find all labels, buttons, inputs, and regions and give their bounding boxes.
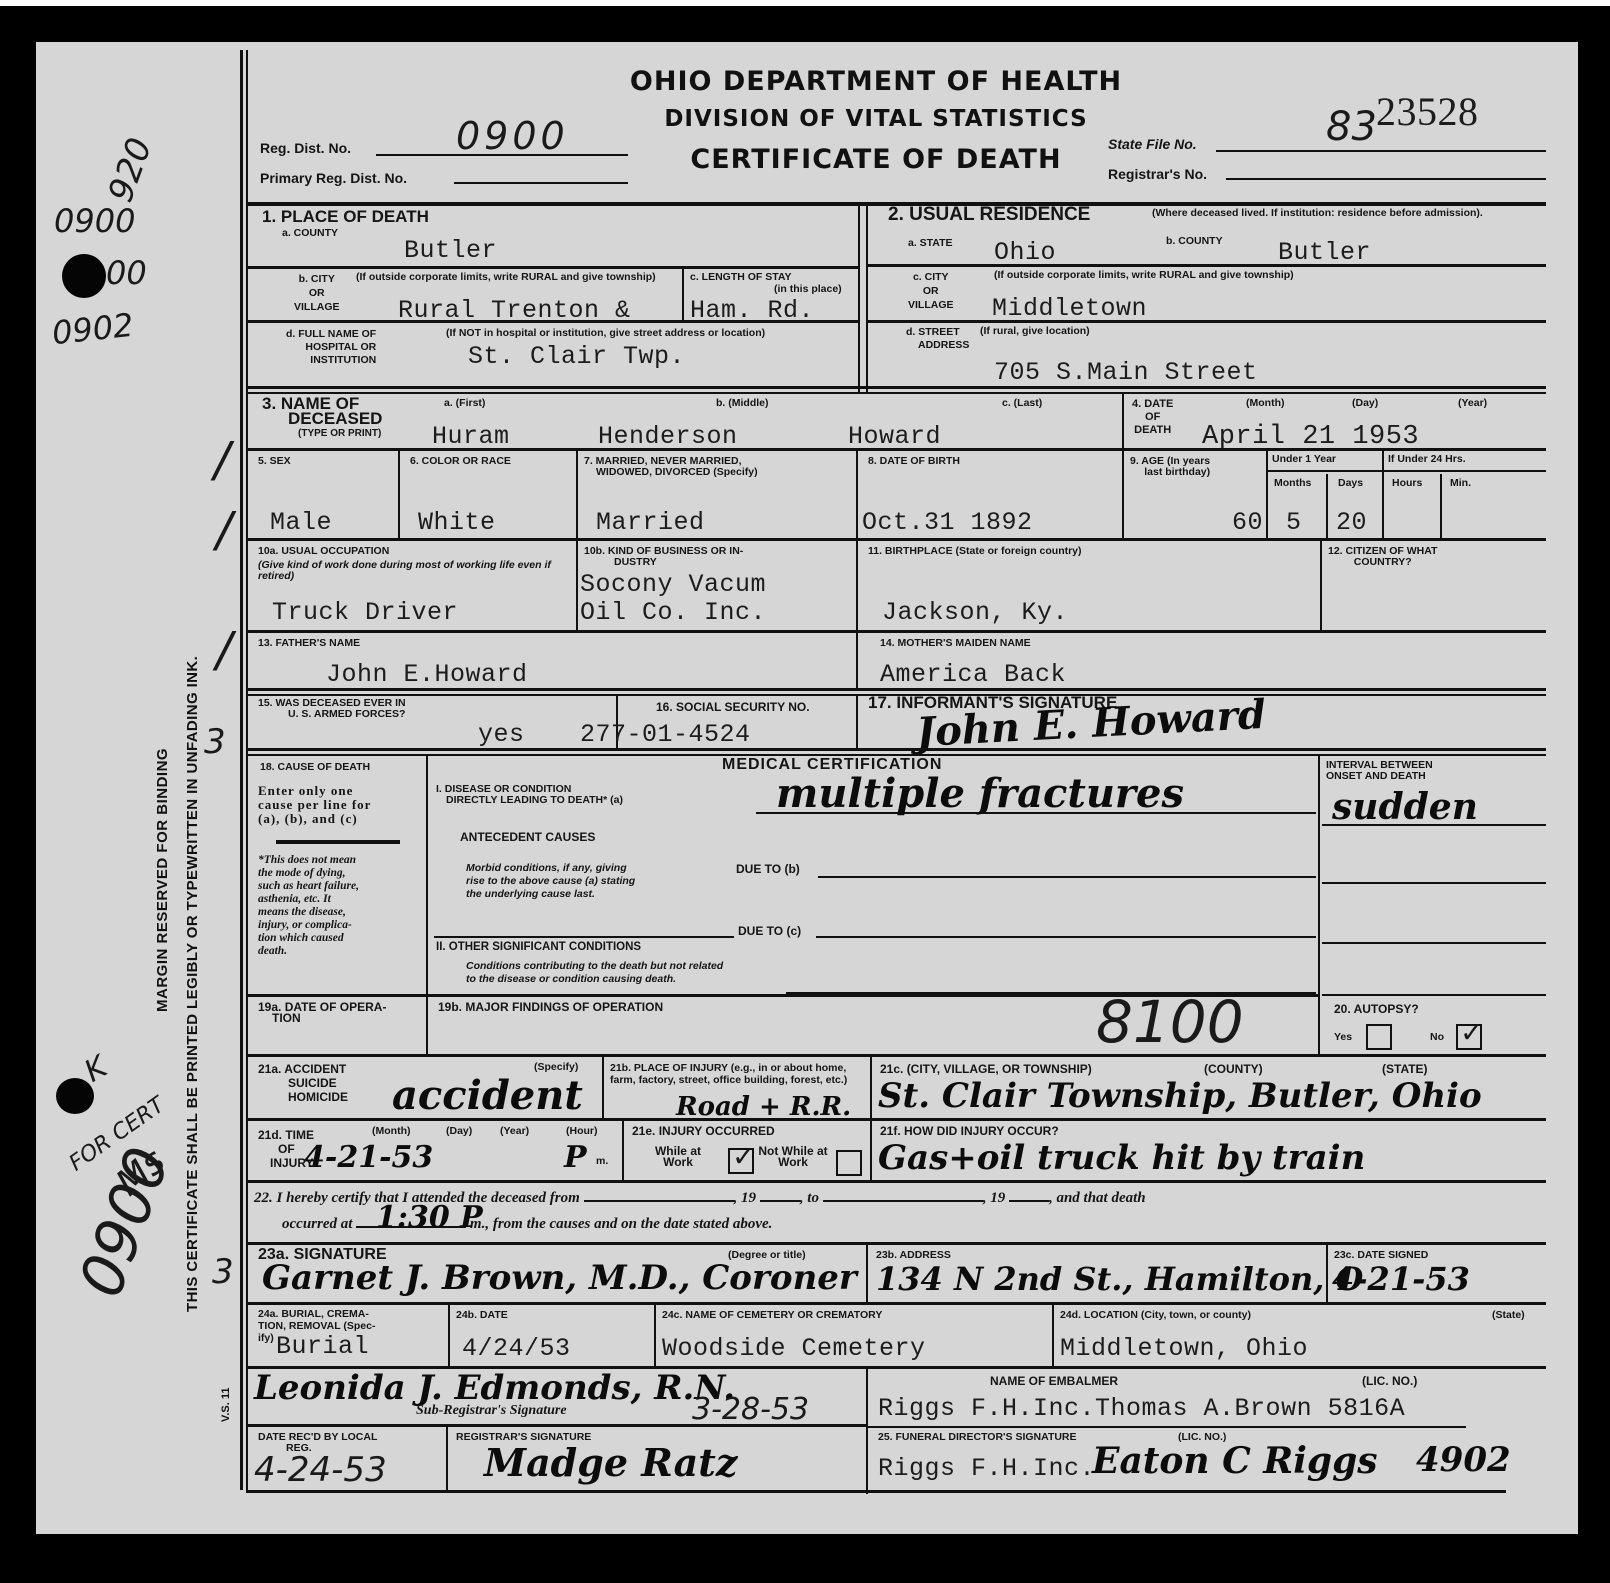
col-divider — [398, 448, 400, 538]
instruction-rule — [276, 840, 400, 844]
res-state-value: Ohio — [994, 238, 1056, 267]
citizen-label: 12. CITIZEN OF WHAT COUNTRY? — [1328, 546, 1437, 568]
usual-residence-hint: (Where deceased lived. If institution: r… — [1152, 208, 1492, 219]
not-at-work-checkbox[interactable] — [836, 1150, 862, 1176]
col-divider — [856, 694, 858, 748]
under-24-label: If Under 24 Hrs. — [1388, 454, 1466, 465]
cause-b-line — [818, 876, 1316, 878]
subregistrar-signature: Leonida J. Edmonds, R.N. — [254, 1368, 735, 1408]
dob-label: 8. DATE OF BIRTH — [868, 456, 960, 467]
col-divider — [1320, 538, 1322, 630]
margin-column: 920 0900 00 0902 MARGIN RESERVED FOR BIN… — [36, 42, 241, 1534]
res-state-label: a. STATE — [908, 238, 953, 249]
injury-county-label: (COUNTY) — [1204, 1064, 1263, 1075]
injury-hour-suffix: m. — [596, 1156, 608, 1167]
place-of-injury-label: 21b. PLACE OF INJURY (e.g., in or about … — [610, 1062, 864, 1086]
section-divider — [246, 1054, 1546, 1057]
pod-city-label: b. CITY OR VILLAGE — [294, 272, 340, 314]
accident-type-label: 21a. ACCIDENT SUICIDE HOMICIDE — [258, 1062, 348, 1104]
pod-county-value: Butler — [404, 236, 497, 265]
due-to-c-label: DUE TO (c) — [738, 926, 801, 937]
col-divider — [1382, 448, 1384, 538]
row-divider — [246, 688, 1546, 691]
injury-state-label: (STATE) — [1382, 1064, 1428, 1075]
certificate-title: CERTIFICATE OF DEATH — [596, 144, 1156, 175]
col-divider — [1318, 754, 1320, 1054]
armed-forces-value: yes — [478, 720, 525, 749]
dod-day-label: (Day) — [1352, 398, 1378, 409]
state-file-label: State File No. — [1108, 138, 1197, 151]
last-name-value: Howard — [848, 422, 941, 451]
res-street-hint: (If rural, give location) — [980, 326, 1090, 337]
occurred-time-value: 1:30 P — [376, 1200, 483, 1235]
tally-mark: 3 — [204, 722, 226, 762]
dod-month-label: (Month) — [1246, 398, 1284, 409]
race-label: 6. COLOR OR RACE — [410, 456, 511, 467]
res-street-label: d. STREET ADDRESS — [906, 326, 969, 352]
col-divider — [866, 1242, 868, 1302]
cemetery-label: 24c. NAME OF CEMETERY OR CREMATORY — [662, 1310, 882, 1321]
col-divider — [1122, 448, 1124, 538]
tally-mark: 3 — [212, 1252, 234, 1292]
age-label: 9. AGE (In years last birthday) — [1130, 456, 1210, 478]
col-divider — [654, 1302, 656, 1366]
margin-note-920: 920 — [101, 133, 161, 208]
due-to-c-leadline — [434, 936, 734, 938]
embalmer-lic-label: (LIC. NO.) — [1362, 1376, 1417, 1387]
pod-hospital-label: d. FULL NAME OF HOSPITAL OR INSTITUTION — [286, 328, 376, 367]
death-certificate: 920 0900 00 0902 MARGIN RESERVED FOR BIN… — [36, 42, 1578, 1534]
physician-signature: Garnet J. Brown, M.D., Coroner — [262, 1258, 857, 1298]
section-divider — [246, 1180, 1546, 1183]
dod-year-label: (Year) — [1458, 398, 1487, 409]
col-divider — [856, 448, 858, 690]
interval-value: sudden — [1332, 786, 1478, 828]
col-divider — [448, 1302, 450, 1366]
row-divider — [246, 448, 1546, 451]
col-divider — [426, 754, 428, 1054]
res-city-label: c. CITY OR VILLAGE — [908, 270, 954, 312]
col-divider — [1266, 448, 1268, 538]
pod-stay-label: c. LENGTH OF STAY — [690, 272, 792, 283]
usual-residence-label: 2. USUAL RESIDENCE — [888, 208, 1090, 221]
pod-hospital-value: St. Clair Twp. — [468, 342, 685, 371]
res-county-label: b. COUNTY — [1166, 236, 1223, 247]
col-divider — [1440, 474, 1442, 538]
primary-reg-dist-line — [454, 182, 628, 184]
pod-county-label: a. COUNTY — [282, 228, 338, 239]
injury-hour-label: (Hour) — [566, 1126, 598, 1137]
tally-mark: / — [214, 432, 230, 488]
occupation-hint: (Give kind of work done during most of w… — [258, 560, 570, 582]
col-divider — [1052, 1302, 1054, 1366]
deceased-name-label: 3. NAME OF DECEASED (TYPE OR PRINT) — [262, 396, 382, 441]
cause-c-line — [816, 936, 1316, 938]
row-divider — [866, 1426, 1466, 1428]
morbid-note: Morbid conditions, if any, giving rise t… — [466, 862, 635, 901]
funeral-typed-value: Riggs F.H.Inc. — [878, 1454, 1095, 1483]
subregistrar-label: Sub-Registrar's Signature — [416, 1404, 567, 1417]
marital-label: 7. MARRIED, NEVER MARRIED, WIDOWED, DIVO… — [584, 456, 758, 478]
mother-value: America Back — [880, 660, 1066, 689]
row-divider — [246, 1118, 1546, 1121]
autopsy-no-label: No — [1430, 1032, 1444, 1043]
op-date-label: 19a. DATE OF OPERA- TION — [258, 1002, 386, 1024]
sex-value: Male — [270, 508, 332, 537]
at-work-label: While at Work — [648, 1146, 708, 1168]
burial-type-value: Burial — [276, 1332, 369, 1361]
accident-type-value: accident — [392, 1072, 583, 1119]
days-label: Days — [1338, 478, 1363, 489]
birthplace-label: 11. BIRTHPLACE (State or foreign country… — [868, 546, 1082, 557]
funeral-lic-value: 4902 — [1416, 1440, 1511, 1480]
embalmer-value: Riggs F.H.Inc.Thomas A.Brown 5816A — [878, 1394, 1405, 1423]
occurred-at-text: occurred at m., from the causes and on t… — [282, 1218, 772, 1231]
binding-margin-text: MARGIN RESERVED FOR BINDING — [154, 748, 171, 1012]
father-value: John E.Howard — [326, 660, 528, 689]
interval-line — [1322, 882, 1546, 884]
months-value: 5 — [1286, 508, 1302, 537]
interval-label: INTERVAL BETWEEN ONSET AND DEATH — [1326, 760, 1433, 782]
registrar-no-line — [1226, 178, 1546, 180]
part2-note: Conditions contributing to the death but… — [466, 960, 723, 986]
cause-instructions: Enter only one cause per line for (a), (… — [258, 784, 371, 826]
business-value-line1: Socony Vacum — [580, 570, 766, 599]
burial-location-value: Middletown, Ohio — [1060, 1334, 1308, 1363]
interval-line — [1322, 994, 1546, 996]
reg-dist-value: 0900 — [456, 114, 569, 158]
date-recd-value: 4-24-53 — [254, 1450, 387, 1490]
min-label: Min. — [1450, 478, 1471, 489]
registrar-no-label: Registrar's No. — [1108, 168, 1207, 181]
row-divider — [246, 630, 1546, 633]
occupation-value: Truck Driver — [272, 598, 458, 627]
middle-name-label: b. (Middle) — [716, 398, 769, 409]
autopsy-yes-checkbox[interactable] — [1366, 1024, 1392, 1050]
col-divider — [866, 206, 868, 392]
state-file-handwritten: 83 — [1326, 104, 1377, 150]
row-divider — [246, 266, 858, 269]
marital-value: Married — [596, 508, 705, 537]
injury-year-label: (Year) — [500, 1126, 529, 1137]
birthplace-value: Jackson, Ky. — [882, 598, 1068, 627]
antecedent-label: ANTECEDENT CAUSES — [460, 832, 595, 843]
res-city-value: Middletown — [992, 294, 1147, 323]
section-divider — [246, 386, 1546, 389]
interval-line — [1322, 942, 1546, 944]
sex-label: 5. SEX — [258, 456, 291, 467]
col-divider — [1122, 392, 1124, 448]
pod-city-hint: (If outside corporate limits, write RURA… — [356, 272, 676, 283]
burial-state-label: (State) — [1492, 1310, 1525, 1321]
col-divider — [576, 448, 578, 538]
row-divider — [1268, 470, 1546, 472]
res-city-hint: (If outside corporate limits, write RURA… — [994, 270, 1294, 281]
injury-date-value: 4-21-53 — [304, 1140, 433, 1175]
col-divider — [602, 1054, 604, 1118]
col-divider — [866, 1366, 868, 1494]
injury-day-label: (Day) — [446, 1126, 472, 1137]
burial-date-value: 4/24/53 — [462, 1334, 571, 1363]
handwritten-code: 8100 — [1096, 988, 1244, 1056]
res-county-value: Butler — [1278, 238, 1371, 267]
embalmer-label: NAME OF EMBALMER — [990, 1376, 1118, 1387]
col-divider — [1326, 474, 1328, 538]
form-bottom-border — [246, 1490, 1506, 1493]
col-divider — [858, 206, 860, 392]
injury-month-label: (Month) — [372, 1126, 410, 1137]
mother-label: 14. MOTHER'S MAIDEN NAME — [880, 638, 1031, 649]
hours-label: Hours — [1392, 478, 1422, 489]
race-value: White — [418, 508, 496, 537]
cemetery-value: Woodside Cemetery — [662, 1334, 926, 1363]
check-mark-icon: ✓ — [732, 1140, 755, 1173]
row-divider — [246, 1424, 866, 1427]
division-title: DIVISION OF VITAL STATISTICS — [596, 106, 1156, 132]
injury-hour-value: P — [564, 1140, 587, 1175]
row-divider — [246, 320, 858, 323]
primary-reg-dist-label: Primary Reg. Dist. No. — [260, 172, 407, 185]
dod-label: 4. DATE OF DEATH — [1132, 398, 1173, 437]
ssn-label: 16. SOCIAL SECURITY NO. — [656, 702, 810, 713]
business-value-line2: Oil Co. Inc. — [580, 598, 766, 627]
injury-occurred-label: 21e. INJURY OCCURRED — [632, 1126, 775, 1137]
not-at-work-label: Not While at Work — [758, 1146, 828, 1168]
cause-of-death-label: 18. CAUSE OF DEATH — [260, 762, 370, 773]
last-name-label: c. (Last) — [1002, 398, 1042, 409]
row-divider — [866, 320, 1546, 323]
tally-mark: / — [216, 622, 232, 678]
row-divider — [246, 538, 1546, 541]
row-divider — [246, 1242, 1546, 1245]
autopsy-label: 20. AUTOPSY? — [1334, 1004, 1419, 1015]
col-divider — [682, 266, 684, 320]
part1-label: I. DISEASE OR CONDITION DIRECTLY LEADING… — [436, 784, 623, 806]
autopsy-no-checkbox[interactable]: ✓ — [1456, 1024, 1482, 1050]
pod-stay-hint: (in this place) — [774, 284, 842, 295]
first-name-label: a. (First) — [444, 398, 485, 409]
how-injury-value: Gas+oil truck hit by train — [878, 1138, 1365, 1178]
ink-blot — [62, 254, 106, 298]
place-of-death-label: 1. PLACE OF DEATH — [262, 210, 429, 223]
at-work-checkbox[interactable]: ✓ — [728, 1148, 754, 1174]
margin-note-0900: 0900 — [54, 202, 135, 240]
cause-note: *This does not mean the mode of dying, s… — [258, 854, 359, 958]
state-file-line — [1216, 150, 1546, 152]
department-title: OHIO DEPARTMENT OF HEALTH — [596, 66, 1156, 97]
burial-date-label: 24b. DATE — [456, 1310, 508, 1321]
dob-value: Oct.31 1892 — [862, 508, 1033, 537]
physician-address: 134 N 2nd St., Hamilton, O — [876, 1260, 1363, 1298]
months-label: Months — [1274, 478, 1311, 489]
unfading-ink-text: THIS CERTIFICATE SHALL BE PRINTED LEGIBL… — [184, 656, 201, 1312]
res-street-value: 705 S.Main Street — [994, 358, 1258, 387]
funeral-director-signature: Eaton C Riggs — [1092, 1440, 1378, 1482]
tally-mark: / — [216, 502, 232, 558]
occupation-label: 10a. USUAL OCCUPATION — [258, 546, 389, 557]
armed-forces-label: 15. WAS DECEASED EVER IN U. S. ARMED FOR… — [258, 698, 406, 720]
under-1-year-label: Under 1 Year — [1272, 454, 1336, 465]
father-label: 13. FATHER'S NAME — [258, 638, 360, 649]
pod-hospital-hint: (If NOT in hospital or institution, give… — [446, 328, 851, 339]
section-divider — [246, 392, 1546, 394]
margin-note-0902: 0902 — [50, 306, 135, 352]
injury-location-label: 21c. (CITY, VILLAGE, OR TOWNSHIP) — [880, 1064, 1092, 1075]
section-divider — [246, 748, 1546, 751]
reg-dist-label: Reg. Dist. No. — [260, 142, 351, 155]
row-divider — [866, 264, 1546, 267]
how-injury-label: 21f. HOW DID INJURY OCCUR? — [880, 1126, 1059, 1137]
interval-line — [1322, 824, 1546, 826]
autopsy-yes-label: Yes — [1334, 1032, 1352, 1043]
check-mark-icon: ✓ — [1460, 1016, 1483, 1049]
vs-form-number: V.S. 11 — [220, 1388, 232, 1422]
funeral-director-label: 25. FUNERAL DIRECTOR'S SIGNATURE — [878, 1432, 1077, 1443]
op-findings-label: 19b. MAJOR FINDINGS OF OPERATION — [438, 1002, 663, 1013]
row-divider — [246, 1302, 1546, 1305]
ssn-value: 277-01-4524 — [580, 720, 751, 749]
part2-label: II. OTHER SIGNIFICANT CONDITIONS — [436, 942, 641, 953]
middle-name-value: Henderson — [598, 422, 738, 451]
state-file-stamped: 23528 — [1376, 88, 1479, 135]
col-divider — [870, 1054, 872, 1180]
col-divider — [622, 1118, 624, 1180]
col-divider — [576, 538, 578, 630]
cause-a-value: multiple fractures — [776, 770, 1184, 817]
days-value: 20 — [1336, 508, 1367, 537]
date-signed-value: 4-21-53 — [1332, 1260, 1470, 1298]
injury-location-value: St. Clair Township, Butler, Ohio — [878, 1076, 1482, 1116]
age-value: 60 — [1232, 508, 1263, 537]
registrar-signature: Madge Ratz — [484, 1440, 737, 1485]
due-to-b-label: DUE TO (b) — [736, 864, 800, 875]
burial-location-label: 24d. LOCATION (City, town, or county) — [1060, 1310, 1251, 1321]
col-divider — [446, 1424, 448, 1492]
first-name-value: Huram — [432, 422, 510, 451]
subregistrar-date: 3-28-53 — [692, 1392, 809, 1427]
ink-blot — [56, 1078, 94, 1114]
form-left-border — [240, 50, 243, 1490]
business-label: 10b. KIND OF BUSINESS OR IN- DUSTRY — [584, 546, 743, 568]
margin-note-0900-b: 00 — [106, 254, 147, 292]
top-scan-strip — [0, 0, 1610, 6]
